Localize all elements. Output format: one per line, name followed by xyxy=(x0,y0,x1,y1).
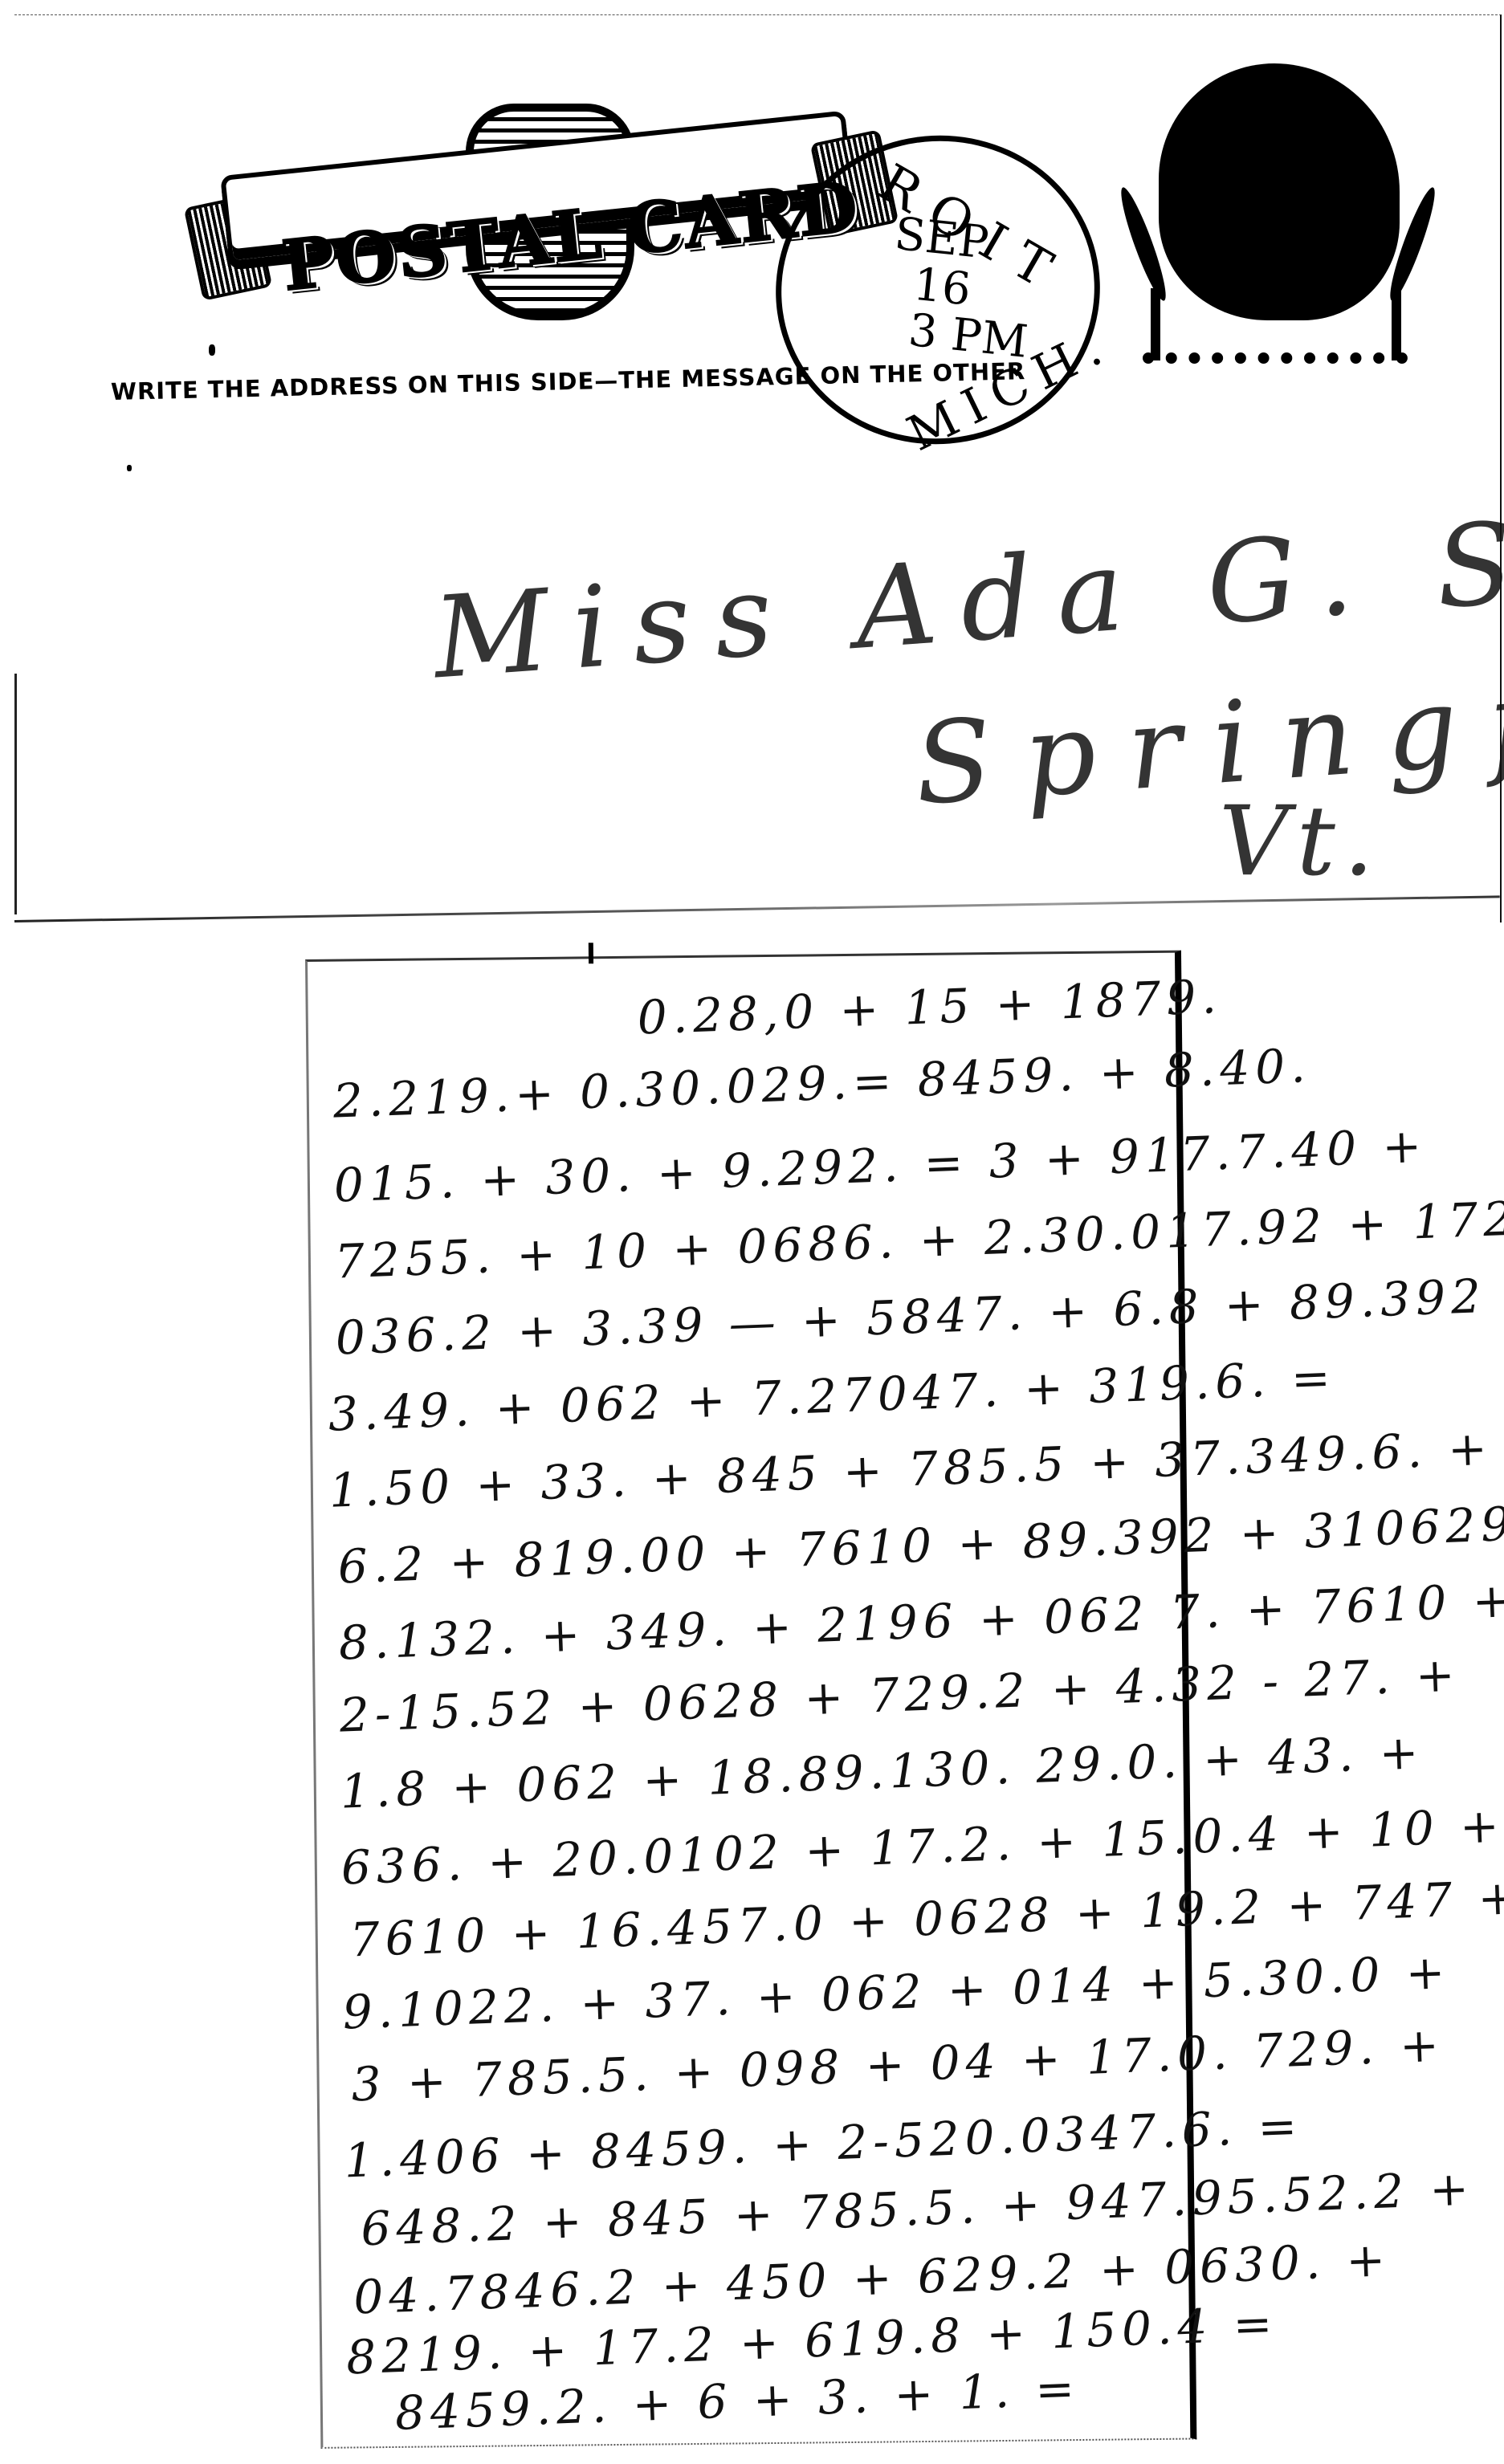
ink-speck xyxy=(209,344,215,356)
obliterated-stamp-icon xyxy=(1135,63,1416,360)
message-line: 015. + 30. + 9.292. = 3 + 917.7.40 + xyxy=(333,1118,1429,1213)
stamp-scalloped-frame xyxy=(1143,264,1408,364)
postal-card-front: POSTAL CARD WRITE THE ADDRESS ON THIS SI… xyxy=(14,14,1502,922)
stamp-post-left xyxy=(1151,288,1160,360)
message-line: 0.28,0 + 15 + 1879. xyxy=(637,969,1223,1045)
postal-card-logo: POSTAL CARD xyxy=(201,112,859,304)
message-line: 2.219.+ 0.30.029.= 8459. + 8.40. xyxy=(332,1038,1312,1129)
address-recipient-name: Miss Ada G. Sanford xyxy=(430,461,1504,705)
stamp-post-right xyxy=(1392,288,1401,360)
message-line: 1.8 + 062 + 18.89.130. 29.0. + 43. + xyxy=(340,1725,1425,1818)
address-state: Vt. xyxy=(1219,786,1382,898)
postal-card-back: 0.28,0 + 15 + 1879. 2.219.+ 0.30.029.= 8… xyxy=(305,951,1196,2449)
message-line: 3.49. + 062 + 7.27047. + 319.6. = xyxy=(328,1350,1337,1442)
ink-speck xyxy=(127,465,132,471)
